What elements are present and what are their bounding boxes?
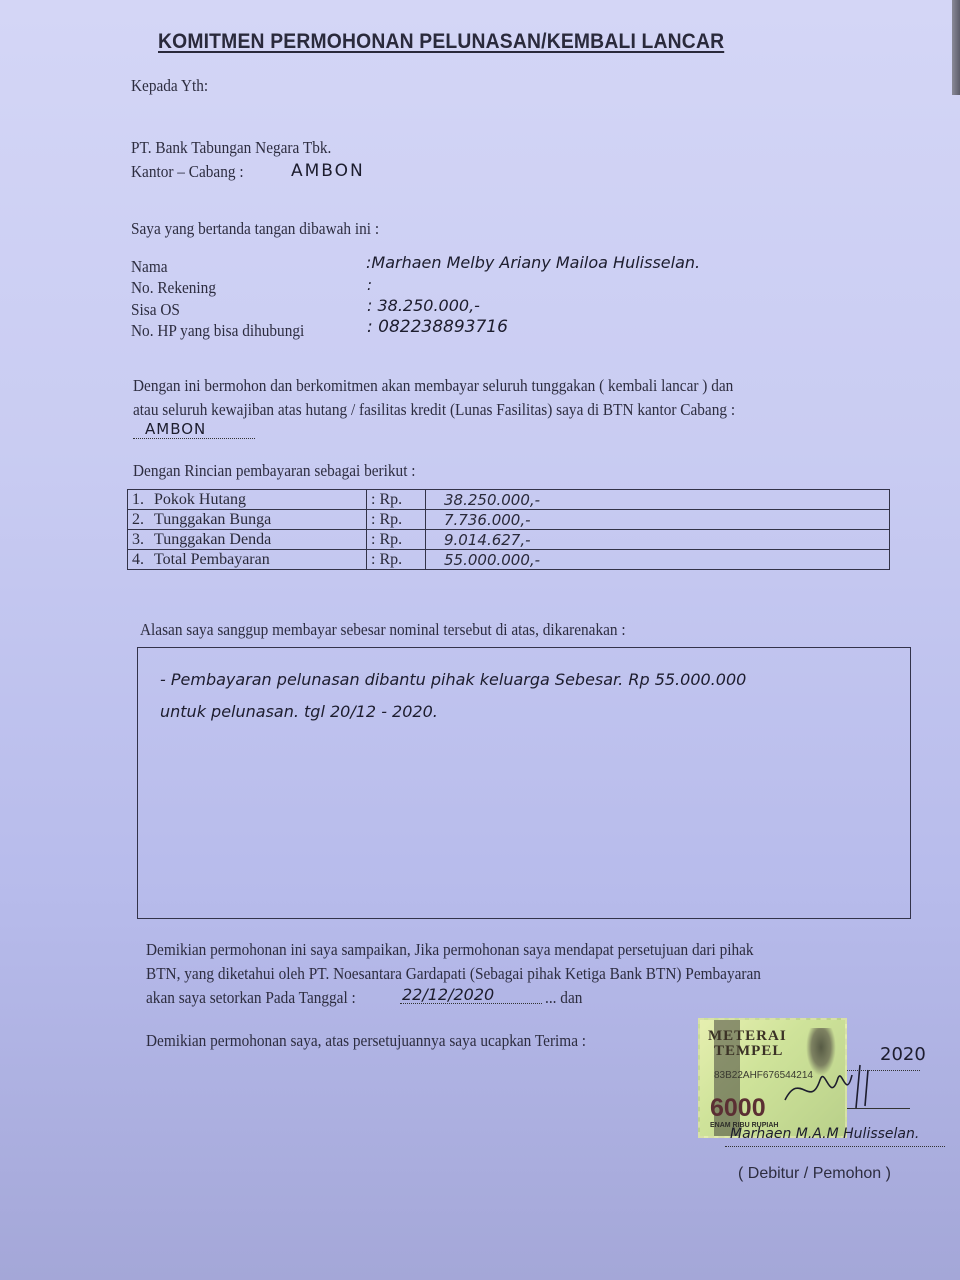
- row-currency: : Rp.: [367, 550, 426, 570]
- row-label: Tunggakan Bunga: [154, 511, 271, 528]
- commitment-line-1: Dengan ini bermohon dan berkomitmen akan…: [133, 376, 733, 396]
- branch-dotted-line: [133, 438, 255, 439]
- details-heading: Dengan Rincian pembayaran sebagai beriku…: [133, 461, 416, 481]
- closing-line-3-suffix: ... dan: [545, 988, 582, 1008]
- table-row: 4.Total Pembayaran : Rp. 55.000.000,-: [128, 550, 890, 570]
- signatory-name: Marhaen M.A.M Hulisselan.: [730, 1126, 919, 1142]
- field-value-rekening: :: [367, 276, 372, 294]
- row-value: 9.014.627,-: [426, 530, 890, 550]
- thanks-text: Demikian permohonan saya, atas persetuju…: [146, 1031, 586, 1051]
- row-value: 55.000.000,-: [426, 550, 890, 570]
- row-currency: : Rp.: [367, 490, 426, 510]
- field-value-nama: :Marhaen Melby Ariany Mailoa Hulisselan.: [366, 253, 700, 272]
- branch-value: AMBON: [291, 161, 365, 181]
- name-dotted-line: [725, 1146, 945, 1147]
- row-number: 3.: [132, 531, 154, 549]
- row-label: Pokok Hutang: [154, 491, 246, 508]
- payment-details-table: 1.Pokok Hutang : Rp. 38.250.000,- 2.Tung…: [127, 489, 890, 570]
- document-title: KOMITMEN PERMOHONAN PELUNASAN/KEMBALI LA…: [158, 30, 802, 54]
- document-page: KOMITMEN PERMOHONAN PELUNASAN/KEMBALI LA…: [0, 0, 960, 1280]
- closing-line-3-prefix: akan saya setorkan Pada Tanggal :: [146, 988, 356, 1008]
- commitment-line-2: atau seluruh kewajiban atas hutang / fas…: [133, 400, 735, 420]
- closing-line-2: BTN, yang diketahui oleh PT. Noesantara …: [146, 964, 761, 984]
- reason-heading: Alasan saya sanggup membayar sebesar nom…: [140, 620, 626, 640]
- row-number: 2.: [132, 511, 154, 529]
- reason-box: - Pembayaran pelunasan dibantu pihak kel…: [137, 647, 911, 919]
- table-row: 2.Tunggakan Bunga : Rp. 7.736.000,-: [128, 510, 890, 530]
- payment-date-dotted-line: [400, 1003, 542, 1004]
- field-label-rekening: No. Rekening: [131, 278, 216, 298]
- stamp-title-2: TEMPEL: [714, 1043, 783, 1060]
- row-label: Total Pembayaran: [154, 551, 270, 568]
- row-number: 1.: [132, 491, 154, 509]
- signature-scribble-icon: [780, 1060, 890, 1115]
- salutation: Kepada Yth:: [131, 76, 208, 96]
- bank-name: PT. Bank Tabungan Negara Tbk.: [131, 138, 331, 158]
- row-value: 38.250.000,-: [426, 490, 890, 510]
- intro-text: Saya yang bertanda tangan dibawah ini :: [131, 219, 379, 239]
- field-label-hp: No. HP yang bisa dihubungi: [131, 321, 304, 341]
- table-row: 3.Tunggakan Denda : Rp. 9.014.627,-: [128, 530, 890, 550]
- commitment-branch-value: AMBON: [145, 420, 206, 438]
- field-value-hp: : 082238893716: [367, 317, 508, 337]
- row-currency: : Rp.: [367, 530, 426, 550]
- reason-line-2: untuk pelunasan. tgl 20/12 - 2020.: [160, 702, 438, 721]
- row-currency: : Rp.: [367, 510, 426, 530]
- row-number: 4.: [132, 551, 154, 569]
- signatory-role: ( Debitur / Pemohon ): [738, 1165, 891, 1183]
- row-value: 7.736.000,-: [426, 510, 890, 530]
- branch-label: Kantor – Cabang :: [131, 162, 244, 182]
- field-label-nama: Nama: [131, 257, 168, 277]
- payment-date: 22/12/2020: [402, 985, 494, 1004]
- closing-line-1: Demikian permohonan ini saya sampaikan, …: [146, 940, 754, 960]
- stamp-value: 6000: [710, 1094, 766, 1123]
- row-label: Tunggakan Denda: [154, 531, 271, 548]
- field-value-sisa-os: : 38.250.000,-: [367, 296, 480, 315]
- reason-line-1: - Pembayaran pelunasan dibantu pihak kel…: [160, 670, 746, 689]
- field-label-sisa-os: Sisa OS: [131, 300, 180, 320]
- table-row: 1.Pokok Hutang : Rp. 38.250.000,-: [128, 490, 890, 510]
